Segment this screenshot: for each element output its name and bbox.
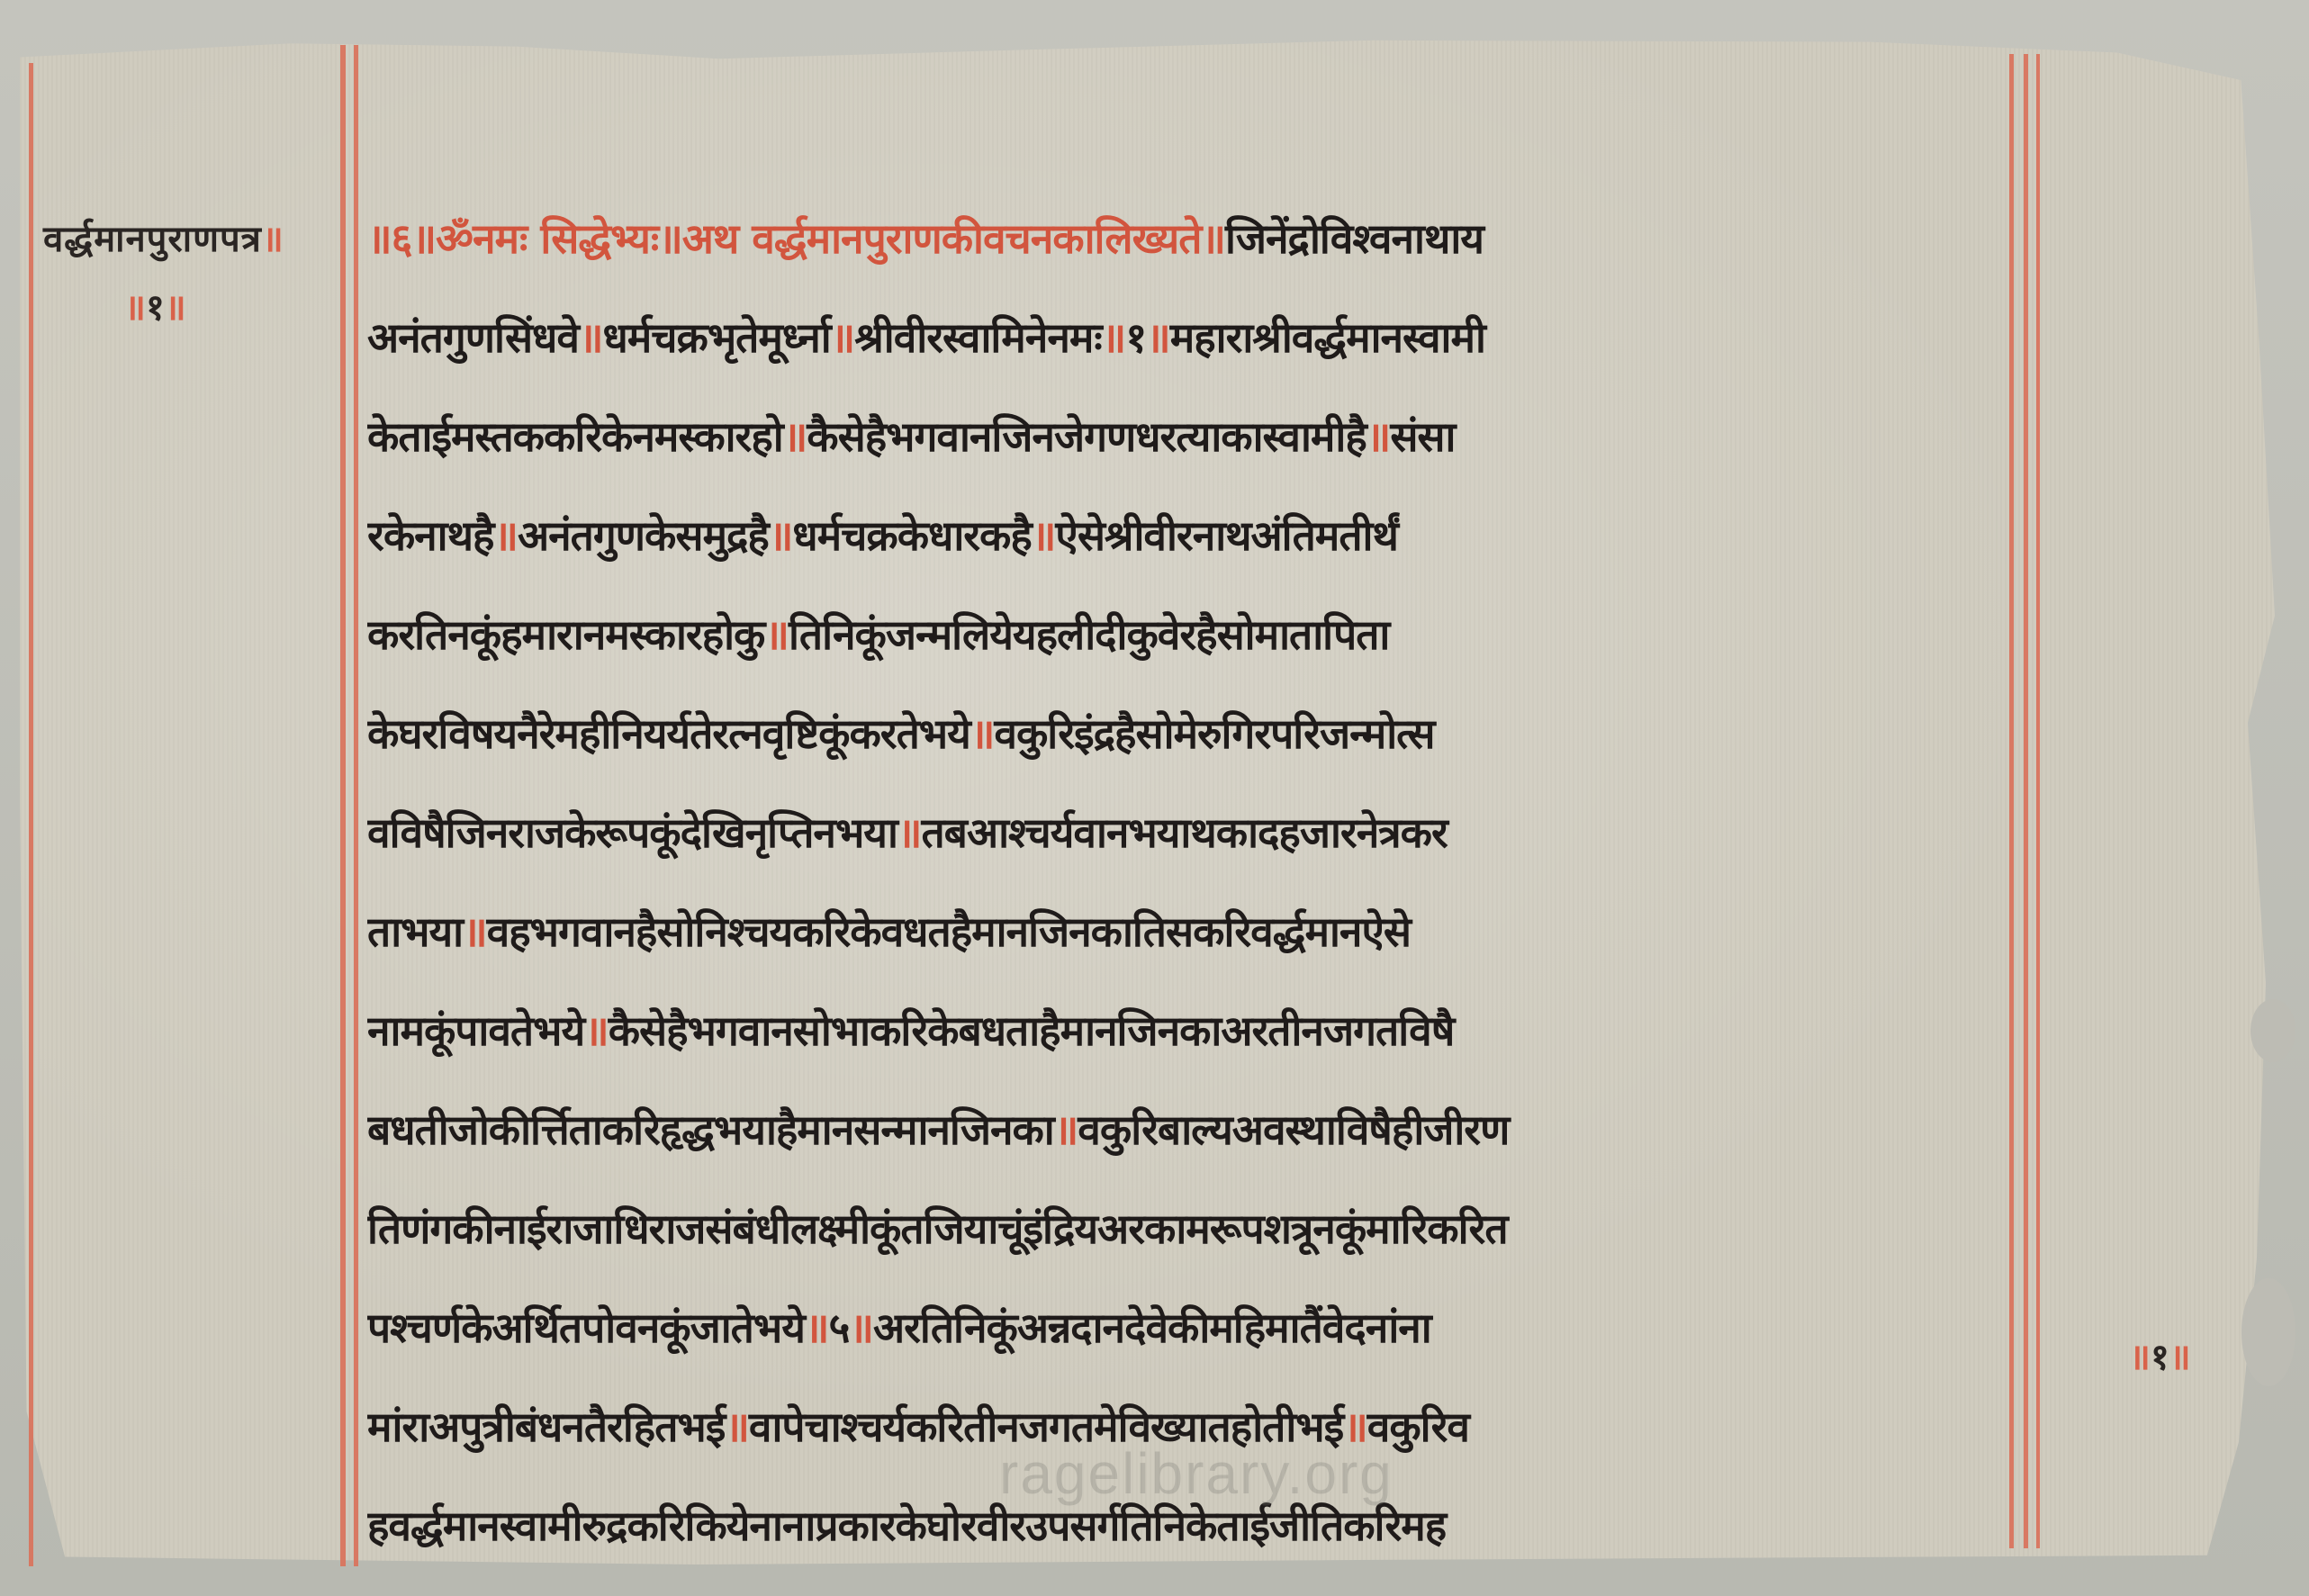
- danda: ॥: [165, 287, 186, 329]
- danda: ॥: [831, 313, 855, 362]
- text-segment: ५: [828, 1303, 849, 1352]
- danda: ॥: [849, 1303, 873, 1352]
- text-line: पश्चर्णकेअर्थितपोवनकूंजातेभये॥५॥अरतिनिकू…: [367, 1278, 2024, 1377]
- text-segment: तिणंगकीनाईराजाधिराजसंबंधीलक्ष्मीकूंतजिया…: [367, 1204, 1508, 1253]
- text-segment: श्रीवीरस्वामिनेनमः: [854, 313, 1101, 362]
- text-line: वविषैजिनराजकेरूपकूंदेखिनृप्तिनभया॥तबआश्च…: [367, 783, 2024, 882]
- text-segment: केताईमस्तककरिकेनमस्कारहो: [367, 412, 783, 461]
- left-text-ruling-2: [354, 45, 358, 1566]
- body-lines: अनंतगुणसिंधवे॥धर्मचक्रभृतेमूर्ध्ना॥श्रीव…: [367, 288, 2024, 1575]
- left-edge-ruling: [29, 63, 33, 1566]
- text-segment: अनंतगुणकेसमुद्रहै: [518, 511, 769, 560]
- danda: ॥: [124, 287, 146, 329]
- text-segment: धर्मचक्रभृतेमूर्ध्ना: [603, 313, 831, 362]
- text-line: नामकूंपावतेभये॥कैसेहैभगवानसोभाकरिकेबधताह…: [367, 981, 2024, 1080]
- text-segment: पश्चर्णकेअर्थितपोवनकूंजातेभये: [367, 1303, 805, 1352]
- danda: ॥: [783, 412, 807, 461]
- paper-tear: [2250, 999, 2295, 1062]
- danda: ॥: [579, 313, 603, 362]
- text-segment: अनंतगुणसिंधवे: [367, 313, 579, 362]
- text-segment: करतिनकूंहमारानमस्कारहोकु: [367, 610, 764, 659]
- text-segment: महाराश्रीवर्द्धमानस्वामी: [1170, 313, 1485, 362]
- text-line: तिणंगकीनाईराजाधिराजसंबंधीलक्ष्मीकूंतजिया…: [367, 1179, 2024, 1278]
- watermark: ragelibrary.org: [999, 1440, 1394, 1507]
- folio-number: १: [2151, 1337, 2169, 1378]
- paper-tear: [2241, 1278, 2295, 1386]
- text-segment: वकुरिबाल्यअवस्थाविषैहीजीरण: [1078, 1105, 1509, 1154]
- margin-title: वर्द्धमानपुराणपत्र॥: [43, 212, 340, 262]
- danda: ॥: [897, 808, 922, 857]
- text-segment: मांराअपुत्रीबंधनतैरहितभई: [367, 1402, 725, 1451]
- danda: ॥: [463, 907, 487, 956]
- text-line: रकेनाथहै॥अनंतगुणकेसमुद्रहै॥धर्मचक्रकेधार…: [367, 486, 2024, 585]
- text-segment: हवर्द्धमानस्वामीरुद्रकरिकियेनानाप्रकारके…: [367, 1501, 1446, 1550]
- right-folio-number: ॥१॥: [2129, 1330, 2191, 1380]
- danda: ॥: [1032, 511, 1056, 560]
- danda: ॥: [493, 511, 518, 560]
- right-text-ruling-2: [2024, 54, 2028, 1548]
- left-text-ruling-1: [340, 45, 346, 1566]
- header-line: ॥६॥ॐनमः सिद्धेभ्यः॥अथ वर्द्धमानपुराणकीवच…: [367, 189, 2024, 288]
- danda: ॥: [1366, 412, 1391, 461]
- text-segment: नामकूंपावतेभये: [367, 1006, 584, 1055]
- danda: ॥: [2169, 1337, 2191, 1378]
- folio-number: १: [146, 287, 165, 329]
- text-line: ताभया॥वहभगवानहैसोनिश्चयकरिकेवधतहैमानजिनक…: [367, 882, 2024, 981]
- danda: ॥: [970, 709, 995, 758]
- text-segment: कैसेहैभगवानजिनजेगणधरत्याकास्वामीहै: [807, 412, 1366, 461]
- manuscript-text: ॥६॥ॐनमः सिद्धेभ्यः॥अथ वर्द्धमानपुराणकीवच…: [367, 189, 2024, 1575]
- text-line: करतिनकूंहमारानमस्कारहोकु॥तिनिकूंजन्मलिये…: [367, 585, 2024, 684]
- text-segment: ऐसेश्रीवीरनाथअंतिमतीर्थं: [1055, 511, 1397, 560]
- text-line: केघरविषयनैरेमहीनियर्यतेरत्नवृष्टिकूंकरते…: [367, 684, 2024, 783]
- text-line: केताईमस्तककरिकेनमस्कारहो॥कैसेहैभगवानजिनज…: [367, 387, 2024, 486]
- text-segment: वकुरिइंद्रहैसोमेरुगिरपरिजन्मोत्स: [994, 709, 1434, 758]
- text-segment: संसा: [1390, 412, 1455, 461]
- text-segment: बधतीजोकीर्त्तिताकरिहृद्धभयाहैमानसन्मानजि…: [367, 1105, 1054, 1154]
- danda: ॥: [262, 219, 284, 260]
- text-segment: वहभगवानहैसोनिश्चयकरिकेवधतहैमानजिनकातिसकर…: [487, 907, 1411, 956]
- text-segment: तबआश्चर्यवानभयाथकादहजारनेत्रकर: [921, 808, 1447, 857]
- text-line: बधतीजोकीर्त्तिताकरिहृद्धभयाहैमानसन्मानजि…: [367, 1080, 2024, 1179]
- danda: ॥: [1102, 313, 1126, 362]
- text-segment: ताभया: [367, 907, 463, 956]
- danda: ॥: [725, 1402, 749, 1451]
- danda: ॥: [805, 1303, 829, 1352]
- danda: ॥: [1146, 313, 1170, 362]
- danda: ॥: [2129, 1337, 2151, 1378]
- text-segment: तिनिकूंजन्मलियेयहलीदीकुवेरहैसोमातापिता: [789, 610, 1389, 659]
- danda: ॥: [764, 610, 789, 659]
- text-segment: अरतिनिकूंअन्नदानदेवेकीमहिमातैंवेदनांना: [873, 1303, 1431, 1352]
- text-segment: धर्मचक्रकेधारकहै: [792, 511, 1031, 560]
- left-folio-number: ॥१॥: [124, 281, 186, 330]
- text-segment: वविषैजिनराजकेरूपकूंदेखिनृप्तिनभया: [367, 808, 897, 857]
- invocation-red-text: ॥६॥ॐनमः सिद्धेभ्यः॥अथ वर्द्धमानपुराणकीवच…: [367, 214, 1225, 263]
- right-text-ruling-3: [2036, 54, 2040, 1548]
- margin-title-text: वर्द्धमानपुराणपत्र: [43, 219, 262, 260]
- text-segment: कैसेहैभगवानसोभाकरिकेबधताहैमानजिनकाअरतीनज…: [609, 1006, 1455, 1055]
- header-black-text: जिनेंद्रोविश्वनाथाय: [1225, 214, 1484, 263]
- danda: ॥: [584, 1006, 609, 1055]
- danda: ॥: [769, 511, 793, 560]
- text-segment: रकेनाथहै: [367, 511, 493, 560]
- text-segment: १: [1125, 313, 1146, 362]
- danda: ॥: [1054, 1105, 1078, 1154]
- text-line: अनंतगुणसिंधवे॥धर्मचक्रभृतेमूर्ध्ना॥श्रीव…: [367, 288, 2024, 387]
- text-segment: केघरविषयनैरेमहीनियर्यतेरत्नवृष्टिकूंकरते…: [367, 709, 970, 758]
